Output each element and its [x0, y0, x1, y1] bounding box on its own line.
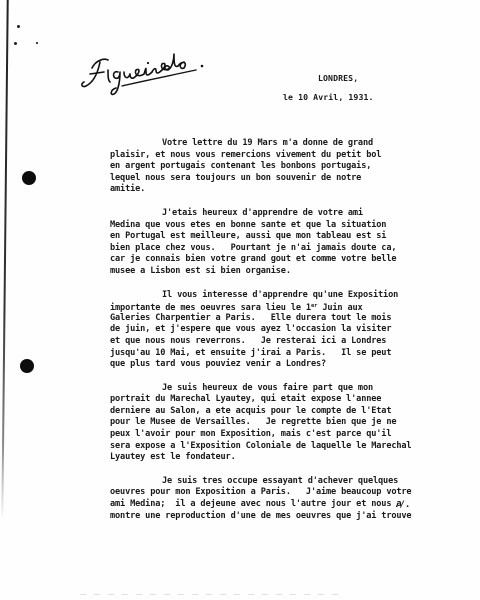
ink-speck: [36, 42, 38, 44]
text-line: Medina que vous etes en bonne sante et q…: [110, 220, 400, 232]
scan-artifact: [80, 594, 340, 595]
text-line: en argent portugais contenant les bonbon…: [110, 161, 400, 173]
text-line: et que nous nous reverrons. Je resterai …: [110, 336, 400, 348]
text-line: importante de mes oeuvres sara lieu le 1…: [110, 301, 400, 313]
letter-page: Figueiredo. LONDRES, le 10 Avril, 1931.: [0, 0, 480, 600]
punch-hole-bottom: [20, 359, 34, 373]
date-line: le 10 Avril, 1931.: [283, 92, 374, 102]
text-line: sera expose a l'Exposition Coloniale de …: [110, 441, 400, 453]
text-line: jusqu'au 10 Mai, et ensuite j'irai a Par…: [110, 348, 400, 360]
handwritten-signature: Figueiredo.: [78, 46, 208, 98]
text-line: en Portugal est meilleure, aussi que mon…: [110, 231, 400, 243]
text-line: musee a Lisbon est si bien organise.: [110, 266, 400, 278]
text-line: plaisir, et nous vous remercions vivemen…: [110, 150, 400, 162]
text-line: que plus tard vous pouviez venir a Londr…: [110, 359, 400, 371]
text-line: lequel nous sera toujours un bon souveni…: [110, 173, 400, 185]
text-line: peux l'avoir pour mon Exposition, mais c…: [110, 429, 400, 441]
text-line: Lyautey est le fondateur.: [110, 452, 400, 464]
text-line: portrait du Marechal Lyautey, qui etait …: [110, 394, 400, 406]
ink-speck: [17, 25, 20, 28]
paragraph-2: J'etais heureux d'apprendre de votre ami…: [110, 208, 400, 278]
text-line: bien place chez vous. Pourtant je n'ai j…: [110, 243, 400, 255]
text-line: oeuvres pour mon Exposition a Paris. J'a…: [110, 487, 400, 499]
text-line: Galeries Charpentier a Paris. Elle durer…: [110, 313, 400, 325]
text-line: montre une reproduction d'une de mes oeu…: [110, 511, 400, 523]
text-segment: importante de mes oeuvres sara lieu le 1: [110, 303, 311, 313]
place-heading: LONDRES,: [318, 73, 358, 83]
paragraph-1: Votre lettre du 19 Mars m'a donne de gra…: [110, 138, 400, 196]
text-line: pour le Musee de Versailles. Je regrette…: [110, 417, 400, 429]
text-line: Votre lettre du 19 Mars m'a donne de gra…: [110, 138, 400, 150]
paragraph-4: Je suis heureux de vous faire part que m…: [110, 383, 400, 464]
text-line: amitie.: [110, 184, 400, 196]
text-line: car je connais bien votre grand gout et …: [110, 254, 400, 266]
letter-body: Votre lettre du 19 Mars m'a donne de gra…: [110, 138, 400, 534]
text-line: derniere au Salon, a ete acquis pour le …: [110, 406, 400, 418]
continuation-mark: ./.: [394, 500, 410, 510]
text-line: Je suis tres occupe essayant d'achever q…: [110, 476, 400, 488]
text-line: Il vous interesse d'apprendre qu'une Exp…: [110, 290, 400, 302]
ink-speck: [14, 42, 17, 45]
paragraph-5: Je suis tres occupe essayant d'achever q…: [110, 476, 400, 522]
text-line: de juin, et j'espere que vous ayez l'occ…: [110, 324, 400, 336]
text-segment: Juin aux: [317, 303, 362, 313]
page-left-edge: [1, 0, 8, 520]
paragraph-3: Il vous interesse d'apprendre qu'une Exp…: [110, 290, 400, 371]
text-line: ami Medina; il a dejeune avec nous l'aut…: [110, 499, 400, 511]
text-line: Je suis heureux de vous faire part que m…: [110, 383, 400, 395]
text-line: J'etais heureux d'apprendre de votre ami: [110, 208, 400, 220]
punch-hole-top: [22, 171, 36, 185]
